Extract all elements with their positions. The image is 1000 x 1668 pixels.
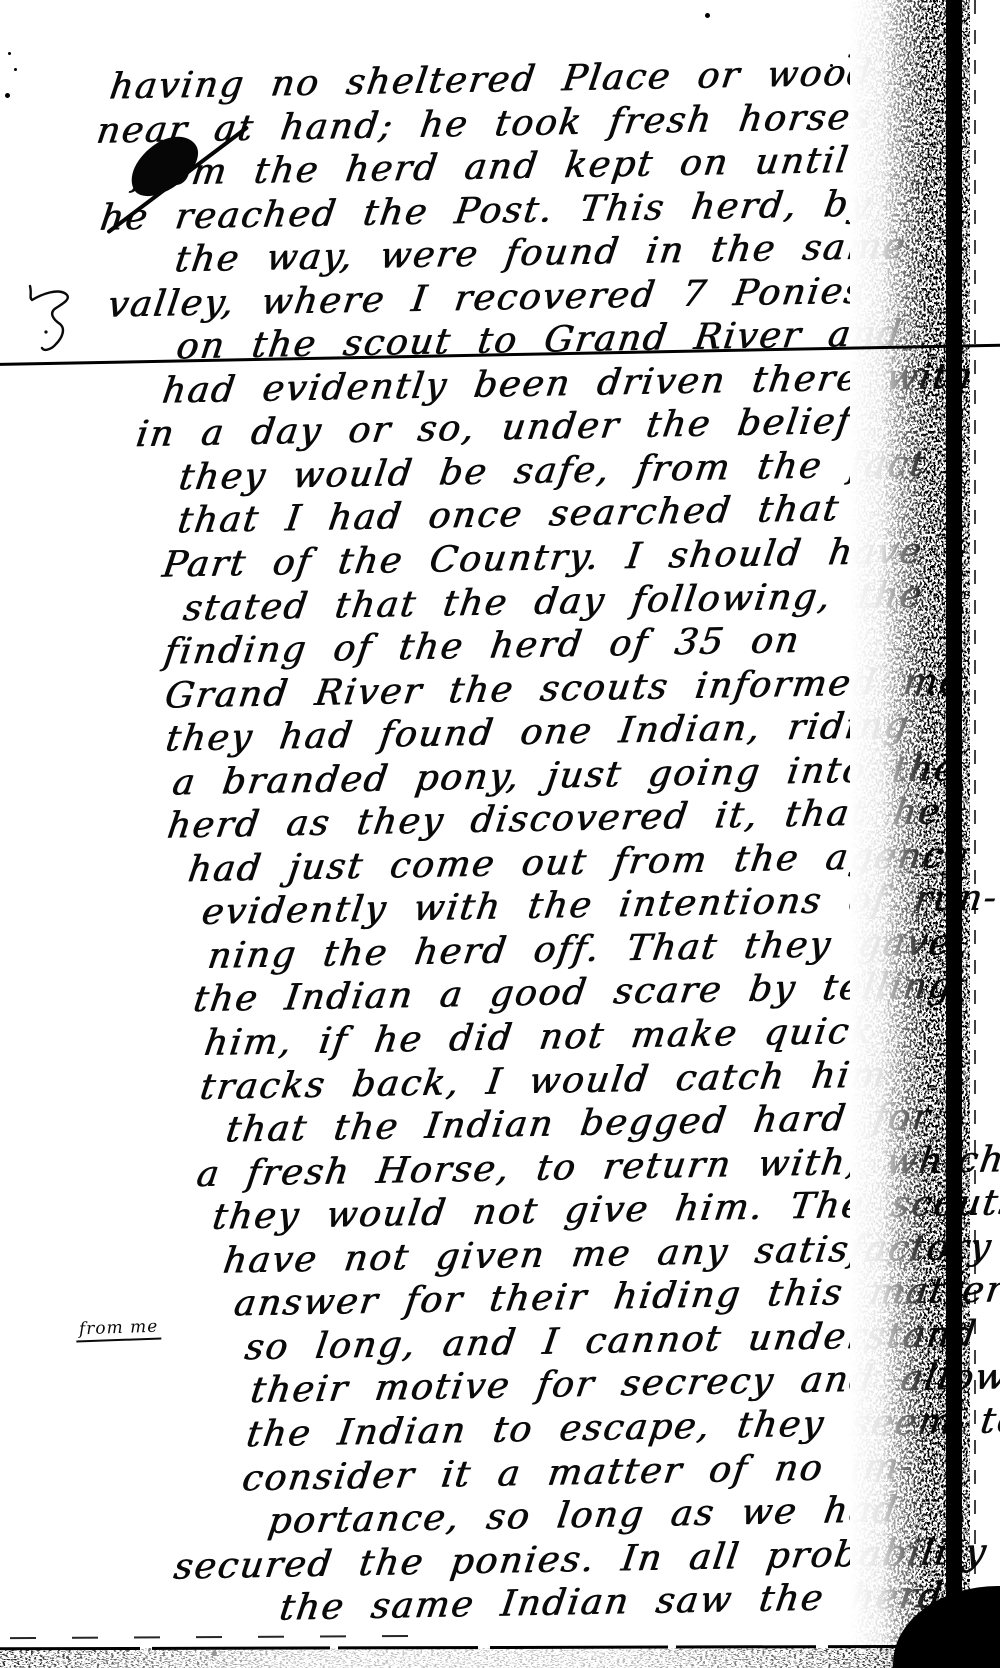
page-edge-thin-line xyxy=(974,0,976,1668)
scanned-manuscript-page: 9 from me having no sheltered Place or w… xyxy=(0,0,1000,1668)
interlined-insertion: from me xyxy=(76,1317,162,1343)
page-edge-fade xyxy=(850,0,928,1668)
bottom-edge-dashes xyxy=(10,1635,440,1639)
squiggle-mark xyxy=(16,280,100,360)
bottom-edge-fade xyxy=(0,1648,1000,1668)
scan-specks xyxy=(8,52,11,55)
handwritten-text-block: having no sheltered Place or wood near a… xyxy=(88,51,947,1634)
page-edge-black-bar xyxy=(946,0,962,1668)
